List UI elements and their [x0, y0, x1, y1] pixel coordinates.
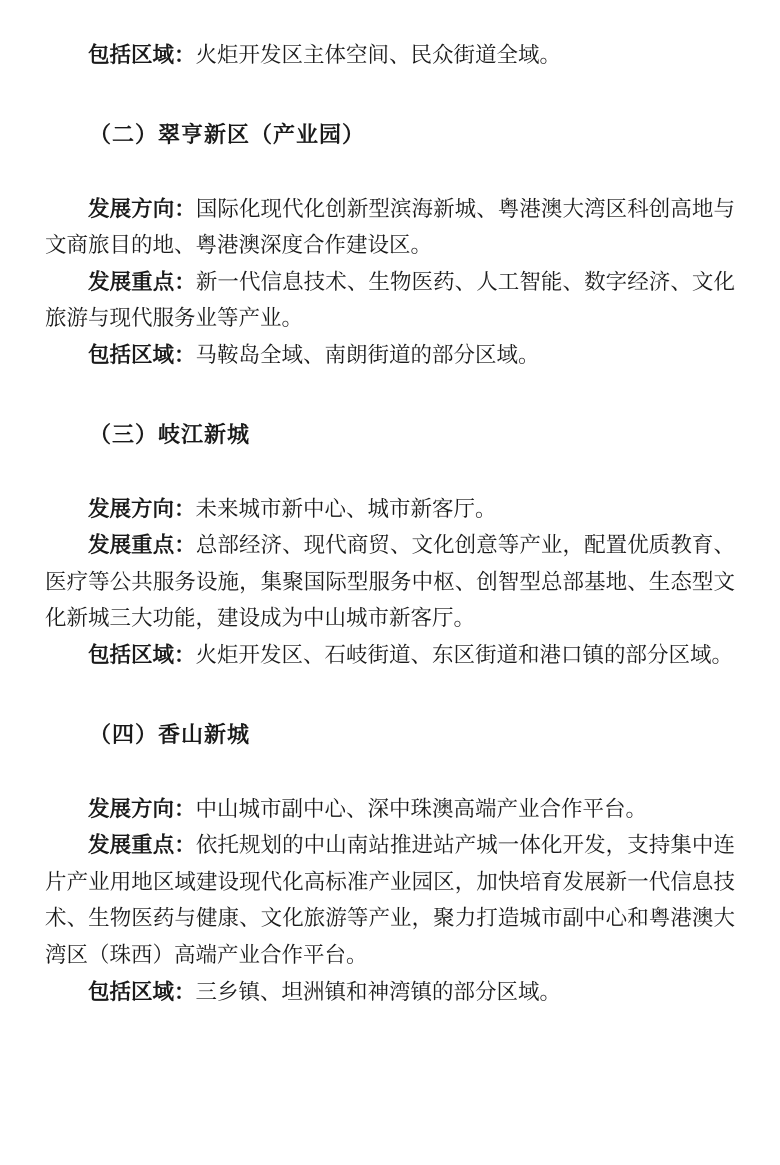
section-heading-qijiang: （三）岐江新城 [45, 417, 735, 453]
paragraph-direction: 发展方向：未来城市新中心、城市新客厅。 [45, 491, 735, 528]
paragraph-focus: 发展重点：新一代信息技术、生物医药、人工智能、数字经济、文化旅游与现代服务业等产… [45, 264, 735, 337]
paragraph-direction: 发展方向：国际化现代化创新型滨海新城、粤港澳大湾区科创高地与文商旅目的地、粤港澳… [45, 191, 735, 264]
paragraph-label: 包括区域： [88, 643, 196, 667]
paragraph-text: 未来城市新中心、城市新客厅。 [196, 497, 497, 521]
paragraph-focus: 发展重点：总部经济、现代商贸、文化创意等产业，配置优质教育、医疗等公共服务设施，… [45, 527, 735, 637]
paragraph-label: 发展方向： [88, 197, 196, 221]
paragraph-direction: 发展方向：中山城市副中心、深中珠澳高端产业合作平台。 [45, 791, 735, 828]
section-heading-cuiheng: （二）翠亨新区（产业园） [45, 117, 735, 153]
paragraph-label: 发展方向： [88, 497, 196, 521]
intro-paragraph-text: 火炬开发区主体空间、民众街道全域。 [196, 43, 562, 67]
document-page: 包括区域：火炬开发区主体空间、民众街道全域。 （二）翠亨新区（产业园） 发展方向… [0, 0, 780, 1165]
paragraph-area: 包括区域：马鞍岛全域、南朗街道的部分区域。 [45, 337, 735, 374]
paragraph-area: 包括区域：三乡镇、坦洲镇和神湾镇的部分区域。 [45, 974, 735, 1011]
paragraph-label: 发展重点： [88, 833, 196, 857]
paragraph-text: 马鞍岛全域、南朗街道的部分区域。 [196, 343, 540, 367]
paragraph-label: 包括区域： [88, 343, 196, 367]
paragraph-text: 中山城市副中心、深中珠澳高端产业合作平台。 [196, 797, 648, 821]
intro-paragraph: 包括区域：火炬开发区主体空间、民众街道全域。 [45, 37, 735, 74]
paragraph-label: 发展方向： [88, 797, 196, 821]
section-heading-xiangshan: （四）香山新城 [45, 717, 735, 753]
paragraph-text: 火炬开发区、石岐街道、东区街道和港口镇的部分区域。 [196, 643, 734, 667]
paragraph-focus: 发展重点：依托规划的中山南站推进站产城一体化开发，支持集中连片产业用地区域建设现… [45, 827, 735, 973]
paragraph-label: 包括区域： [88, 980, 196, 1004]
paragraph-label: 发展重点： [88, 270, 196, 294]
paragraph-text: 三乡镇、坦洲镇和神湾镇的部分区域。 [196, 980, 562, 1004]
paragraph-label: 发展重点： [88, 533, 196, 557]
intro-paragraph-label: 包括区域： [88, 43, 196, 67]
paragraph-area: 包括区域：火炬开发区、石岐街道、东区街道和港口镇的部分区域。 [45, 637, 735, 674]
